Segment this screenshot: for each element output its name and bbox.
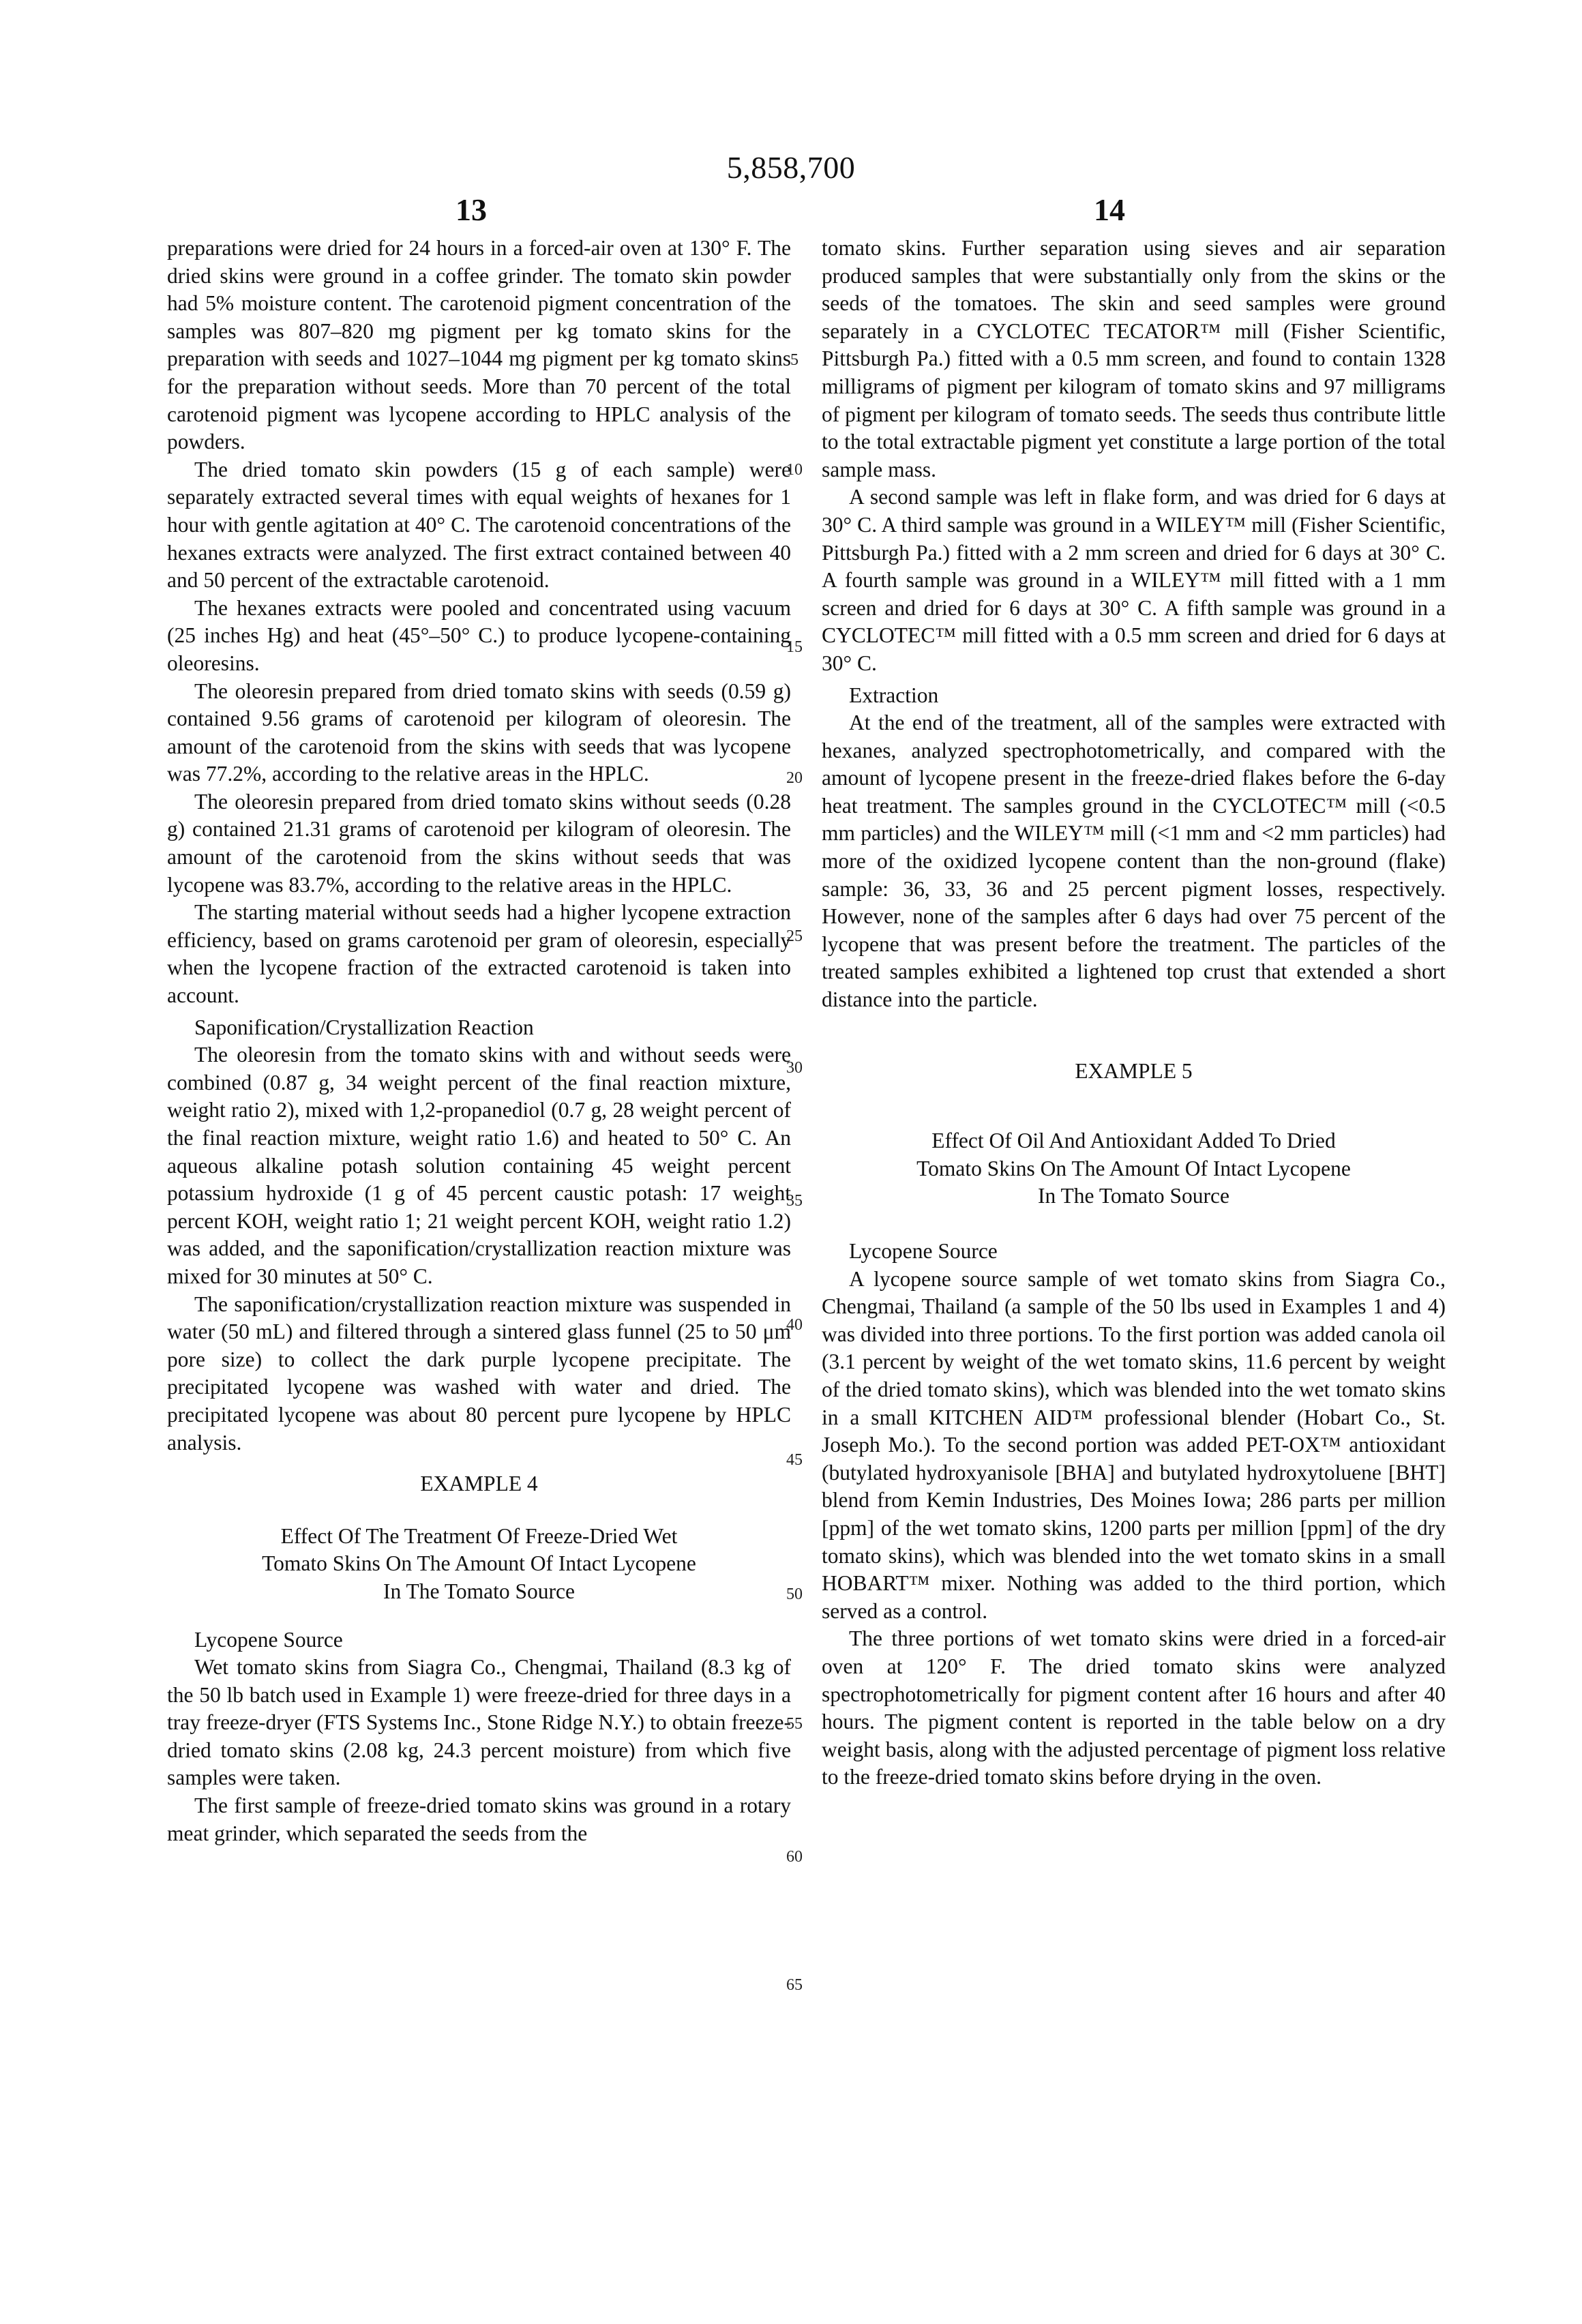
example-heading: EXAMPLE 5 [822, 1058, 1446, 1086]
line-number: 20 [777, 769, 811, 787]
paragraph: Wet tomato skins from Siagra Co., Chengm… [167, 1654, 791, 1792]
example-title: Effect Of The Treatment Of Freeze-Dried … [194, 1523, 764, 1606]
line-number: 40 [777, 1316, 811, 1334]
section-subheading: Saponification/Crystallization Reaction [167, 1014, 791, 1042]
example-title-line: Tomato Skins On The Amount Of Intact Lyc… [194, 1550, 764, 1578]
example-title: Effect Of Oil And Antioxidant Added To D… [849, 1127, 1418, 1210]
paragraph: The hexanes extracts were pooled and con… [167, 595, 791, 678]
paragraph: At the end of the treatment, all of the … [822, 709, 1446, 1014]
example-title-line: In The Tomato Source [194, 1578, 764, 1606]
example-heading: EXAMPLE 4 [167, 1470, 791, 1498]
line-number: 25 [777, 927, 811, 945]
paragraph: The three portions of wet tomato skins w… [822, 1625, 1446, 1791]
line-number: 55 [777, 1715, 811, 1733]
line-number: 15 [777, 638, 811, 656]
paragraph: A second sample was left in flake form, … [822, 483, 1446, 677]
line-number: 50 [777, 1585, 811, 1603]
example-title-line: Effect Of Oil And Antioxidant Added To D… [849, 1127, 1418, 1155]
patent-number: 5,858,700 [0, 149, 1582, 187]
paragraph: A lycopene source sample of wet tomato s… [822, 1266, 1446, 1626]
paragraph: The starting material without seeds had … [167, 899, 791, 1009]
right-column: tomato skins. Further separation using s… [822, 235, 1446, 1791]
example-title-line: Tomato Skins On The Amount Of Intact Lyc… [849, 1155, 1418, 1183]
left-column-number: 13 [456, 191, 487, 229]
paragraph: The dried tomato skin powders (15 g of e… [167, 456, 791, 595]
line-number: 10 [777, 461, 811, 479]
line-number: 65 [777, 1976, 811, 1994]
section-subheading: Lycopene Source [822, 1238, 1446, 1266]
paragraph: The saponification/crystallization react… [167, 1291, 791, 1457]
example-title-line: Effect Of The Treatment Of Freeze-Dried … [194, 1523, 764, 1551]
line-number: 30 [777, 1059, 811, 1077]
line-number: 5 [777, 351, 811, 369]
paragraph: The first sample of freeze-dried tomato … [167, 1792, 791, 1847]
line-number: 35 [777, 1192, 811, 1210]
paragraph: preparations were dried for 24 hours in … [167, 235, 791, 456]
paragraph: The oleoresin prepared from dried tomato… [167, 678, 791, 788]
line-number: 45 [777, 1451, 811, 1469]
section-subheading: Lycopene Source [167, 1626, 791, 1654]
paragraph: The oleoresin prepared from dried tomato… [167, 788, 791, 899]
paragraph: tomato skins. Further separation using s… [822, 235, 1446, 483]
left-column: preparations were dried for 24 hours in … [167, 235, 791, 1847]
example-title-line: In The Tomato Source [849, 1182, 1418, 1210]
section-subheading: Extraction [822, 682, 1446, 710]
right-column-number: 14 [1094, 191, 1125, 229]
line-number: 60 [777, 1848, 811, 1866]
paragraph: The oleoresin from the tomato skins with… [167, 1041, 791, 1290]
